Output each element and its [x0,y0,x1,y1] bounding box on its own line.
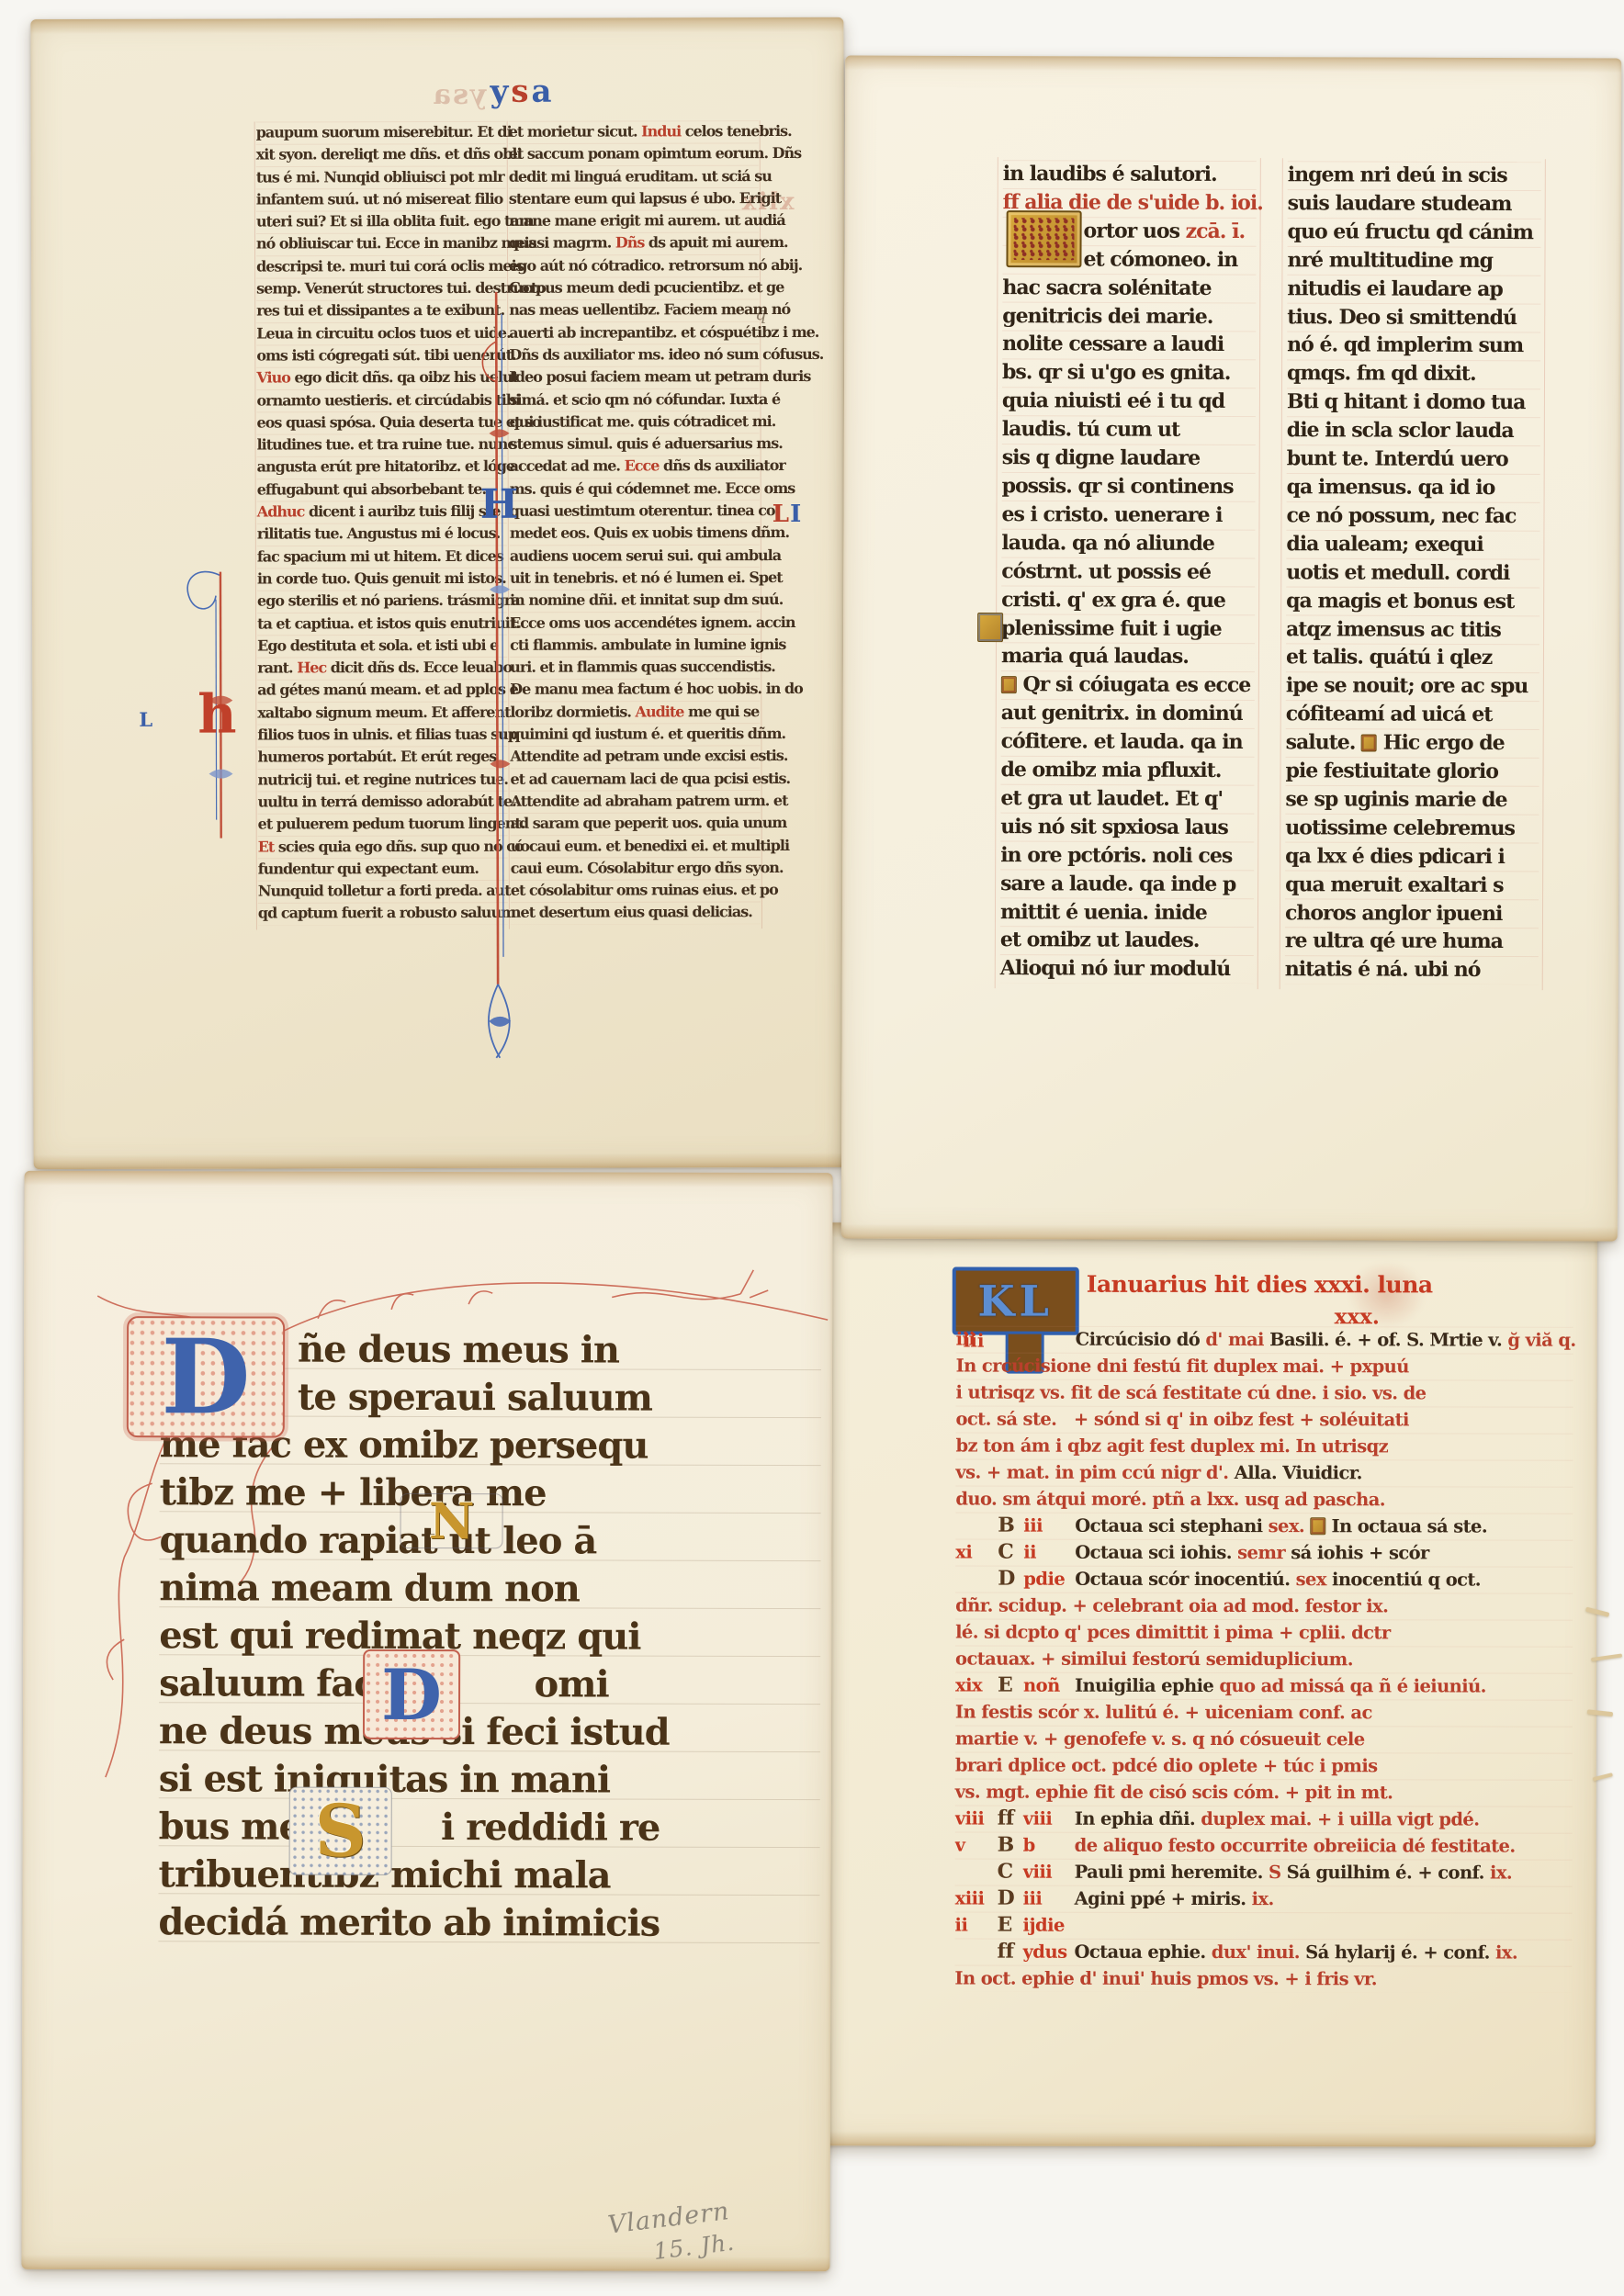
leaf-browned-edge [25,1171,833,1187]
text-segment: d' mai [1205,1329,1269,1350]
text-line: decidá merito ab inimicis [158,1898,819,1948]
text-line: est qui redimat neqz qui [159,1612,820,1661]
text-line: ta et captiua. et istos quis enutriuit. [257,612,507,635]
text-segment: Circúcisio dó [1076,1329,1206,1350]
text-line: nas meas uellentibz. Faciem meam nó [509,298,759,321]
text-segment: Ecce [625,457,660,475]
golden-number-cell: v [955,1832,998,1859]
text-line: in nomine dñi. et innitat sup dm suú. [510,589,760,612]
ruling-line [995,157,998,988]
text-line: uri. et in flammis quas succendistis. [510,656,760,679]
text-segment: vs. + mat. in pim ccú nigr d'. [955,1462,1234,1484]
text-line: et cósolabitur oms ruinas eius. et po [511,879,761,902]
text-line: mittit é uenia. inide [1000,898,1254,928]
ruling-line [1542,159,1546,990]
text-line: ingem nri deú in scis [1288,161,1541,190]
text-line: es i cristo. uenerare i [1001,501,1255,530]
text-segment: ğ viă q. [1507,1330,1575,1351]
text-segment: zcā. ī. [1186,219,1246,243]
text-line: possis. qr si continens [1002,472,1256,501]
text-segment: Hec [297,658,326,676]
frayed-edge-fiber [1587,1709,1613,1716]
text-line: nutricij tui. et regine nutrices tue. [257,768,507,791]
day-label-cell: ijdie [1023,1912,1075,1939]
text-line: bus meis i reddidi re [159,1803,820,1852]
text-line: BiiiOctaua sci stephani sex. In octaua s… [955,1513,1573,1540]
text-line: de omibz mia pfluxit. [1000,756,1254,785]
text-line: quo eú fructu qd cánim [1288,218,1541,247]
text-line: in laudibs é salutori. [1003,160,1257,189]
decorated-initial-h: h [197,688,236,741]
text-segment: I [790,501,802,528]
text-line: suis laudare studeam [1288,189,1541,219]
text-line: qa imensus. qa id io [1287,473,1540,502]
text-line: descripsi te. muri tui corá oclis meis [256,255,506,278]
text-line: vBbde aliquo festo occurrite obreiicia d… [955,1832,1573,1860]
text-line: hac sacra solénitate [1002,274,1256,303]
text-segment: Sá guilhim é. + conf. [1287,1862,1490,1883]
text-line: Bti q hitant i domo tua [1287,388,1540,417]
text-line: martie v. + genofefe v. s. q nó cósueuit… [955,1726,1573,1753]
text-segment: bz ton ám i qbz agit fest duplex mi. In … [955,1435,1388,1458]
text-segment: Inuigilia ephie [1075,1675,1219,1696]
text-line: lé. si dcpto q' pces dimittit i pima + c… [955,1619,1573,1647]
text-segment: te speraui saluum [298,1376,652,1420]
text-segment: Pauli pmi heremite. [1075,1862,1269,1883]
text-segment: et cómoneo. in [1083,247,1237,272]
illuminated-gold-initial-h [1006,210,1081,267]
text-segment: celos tenebris. [681,122,792,140]
text-segment: Adhuc [257,502,305,520]
text-line: xit syon. dereliqt me dñs. et dñs obli [256,143,506,166]
text-line: dedit mi linguá eruditam. ut sciá su [509,165,759,188]
text-line: caui eum. Cósolabitur ergo dñs syon. [511,857,761,880]
text-line: iiEijdie [955,1912,1573,1940]
text-segment: In crcúcisione dni festú fit duplex mai.… [956,1356,1409,1378]
intercolumn-penwork-flourish [470,287,536,1067]
guide-letter: L [139,708,152,731]
text-segment: octauax. + similui festorú semiduplicium… [955,1649,1353,1671]
text-line: in ore pctóris. noli ces [1000,841,1254,871]
text-line: in corde tuo. Quis genuit mi istos. [257,568,507,591]
gold-paraph-mark [1310,1517,1325,1535]
dominical-letter-cell: E [998,1672,1023,1699]
text-segment: quo ad missá qa ñ é ieiuniú. [1219,1675,1486,1697]
text-line: si est iniquitas in mani [159,1755,820,1805]
text-line: ffydusOctaua ephie. dux' inui. Sá hylari… [954,1939,1572,1966]
pencil-inscription: Vlandern 15. Jh. [606,2196,737,2273]
text-line: Attendite ad abraham patrem urm. et [511,790,761,813]
text-segment: quasi magrm. [509,234,615,252]
frayed-edge-fiber [1585,1607,1609,1617]
dominical-letter-cell: E [998,1912,1023,1939]
text-line: dia ualeam; exequi [1286,530,1539,559]
text-line: filios tuos in ulnis. et filias tuas sup [257,724,507,747]
dominical-letter-cell: B [998,1832,1023,1859]
running-header-showthrough: ysa [432,79,487,111]
text-line: viiiffviiiIn ephia dñi. duplex mai. + i … [955,1806,1573,1833]
day-label-cell: pdie [1023,1566,1075,1593]
text-line: quia niuisti eé i tu qd [1002,387,1256,416]
text-segment: ix. [1490,1863,1512,1884]
text-line: ad gétes manú meam. et ad pplos e [257,679,507,702]
text-segment: semr [1237,1542,1291,1563]
text-line: Ego destituta et sola. et isti ubi e [257,635,507,658]
day-label-cell: viii [1023,1859,1075,1885]
text-line: uis nó sit spxiosa laus [1000,813,1254,842]
text-line: choros anglor ipueni [1285,899,1539,929]
illuminated-initial-n-gold: N [400,1493,502,1548]
text-line: quimini qd iustum é. et queritis dñm. [510,723,760,746]
dominical-letter-cell: C [998,1859,1023,1885]
text-segment: Agini ppé + miris. [1075,1888,1252,1909]
text-line: medet eos. Quis ex uobis timens dñm. [510,522,760,545]
ruling-line [1280,158,1283,989]
text-line: eos quasi spósa. Quia deserta tue et so [256,411,506,434]
day-label-cell: viii [1023,1806,1075,1832]
golden-number-cell: viii [955,1806,998,1832]
text-line: loribz dormietis. Audite me qui se [510,701,760,724]
text-line: aut genitrix. in dominú [1001,699,1255,728]
day-label-cell: b [1023,1832,1075,1859]
dominical-letter-cell: B [998,1513,1023,1539]
psalter-leaf: ñe deus meus inte speraui saluumme fac e… [21,1171,832,2271]
text-line: re ultra qé ure huma [1285,928,1539,957]
illuminated-initial-s-gold: S [289,1787,392,1875]
text-line: cófitere. et lauda. qa in [1001,727,1255,757]
text-segment: i utrisqz vs. fit de scá festitate cú dn… [956,1382,1427,1404]
text-line: ms. quis é qui códemnet me. Ecce oms [510,478,760,501]
text-line: In festis scór x. lulitú é. + uiceniam c… [955,1699,1573,1727]
text-segment: duplex mai. [1201,1808,1317,1829]
text-line: uotissime celebremus [1285,814,1539,843]
leaf-browned-edge [841,1224,1618,1242]
text-segment: S [1269,1862,1287,1883]
text-line: nima meam dum non [159,1564,820,1614]
text-line: cristi. q' ex gra é. que [1001,586,1255,615]
text-line: sis q digne laudare [1002,444,1256,473]
text-segment: et morietur sicut. [509,122,642,140]
day-label-cell: ii [1023,1539,1075,1566]
text-line: nitatis é ná. ubi nó [1285,956,1539,985]
text-line: uultu in terrá demisso adorabút te. [258,791,508,814]
text-segment: salute. [1286,730,1362,754]
text-segment: Audite [636,703,684,720]
text-segment: In festis scór x. lulitú é. + uiceniam c… [955,1702,1372,1724]
text-line: tus é mi. Nunqid obliuisci pot mlr [256,165,506,188]
text-line: et ad cauernam laci de qua pcisi estis. [510,768,760,791]
leaf-browned-edge [845,56,1621,73]
text-line: nitudis ei laudare ap [1287,275,1540,304]
decorated-initial-h-blue: H [480,485,519,525]
breviary-leaf: in laudibs é salutori.ff alia die de s'u… [841,56,1621,1242]
text-line: audiens uocem serui sui. qui ambula [510,545,760,568]
text-segment: duo. sm átqui moré. ptñ a lxx. usq ad pa… [955,1489,1385,1511]
golden-number-cell: xi [955,1539,998,1566]
text-segment: oct. sá ste. + sónd si q' in oibz fest +… [955,1409,1408,1431]
text-line: cti flammis. ambulate in lumine ignis [510,634,760,657]
text-segment: ñe deus meus in [298,1328,619,1372]
text-line: qmqs. fm qd dixit. [1287,360,1540,389]
text-segment: sex. [1269,1515,1311,1536]
text-line: bz ton ám i qbz agit fest duplex mi. In … [955,1433,1573,1460]
text-line: nó obliuiscar tui. Ecce in manibz meis [256,232,506,255]
text-line: et saccum ponam opimtum eorum. Dñs [509,142,759,165]
text-segment: Viuo [256,369,290,387]
dominical-letter-cell: ff [997,1939,1022,1965]
text-line: nolite cessare a laudi [1002,331,1256,360]
text-segment: Octaua sci stephani [1075,1515,1268,1536]
golden-number-cell: xix [955,1672,998,1699]
golden-number-cell: iii [956,1326,998,1353]
text-line: Attendite ad petram unde excisi estis. [510,745,760,768]
text-segment: de aliquo festo occurrite obreiicia dé f… [1075,1835,1516,1857]
day-label-cell: iii [1023,1885,1075,1912]
text-line: effugabunt qui absorbebant te. [257,478,507,501]
text-segment: y [491,73,512,110]
day-label-cell: iii [1023,1513,1075,1539]
text-line: net desertum eius quasi delicias. [511,901,761,924]
text-segment: ds apuit mi aurem. [644,233,787,251]
text-line: qa magis et bonus est [1286,587,1539,616]
text-line: stemus simul. quis é aduersarius ms. [510,433,760,456]
dominical-letter-cell: C [998,1539,1023,1566]
text-line: stentare eum qui lapsus é ubo. Erigit [509,187,759,210]
frayed-edge-fiber [1591,1653,1622,1661]
month-heading-lunation: xxx. [1335,1304,1380,1329]
text-line: ornamto uestieris. et circúdabis tibi [256,388,506,411]
text-line: et talis. quátú i qlez [1286,644,1539,673]
text-segment: In oct. ephie d' inui' huis pmos vs. + i… [954,1968,1377,1990]
text-line: xiiiDiiiAgini ppé + miris. ix. [955,1885,1573,1913]
text-segment: Sá hylarij é. + conf. [1305,1941,1495,1963]
text-line: qa lxx é dies pdicari i [1285,842,1539,872]
running-header-ysa: ysa [491,73,555,110]
text-line: uit in tenebris. et nó é lumen ei. Spet [510,567,760,590]
text-line: De manu mea factum é hoc uobis. in do [510,679,760,702]
month-heading: Ianuarius hit dies xxxi. luna [1087,1271,1433,1299]
text-segment: martie v. + genofefe v. s. q nó cósueuit… [955,1728,1365,1750]
text-segment: a [531,73,554,110]
text-line: qua meruit exaltari s [1285,871,1539,900]
text-line: Nunquid tolletur a forti preda. aut [258,880,508,903]
photo-of-manuscript-leaves: { "photo": { "description": "Four mediev… [0,0,1624,2296]
gold-paraph-mark [1001,676,1017,693]
text-line: oct. sá ste. + sónd si q' in oibz fest +… [955,1406,1573,1434]
text-line: iiiCircúcisio dó d' mai Basili. é. + of.… [956,1326,1573,1354]
text-line: auerti ab increpantibz. et cóspuétibz i … [509,321,759,344]
dominical-letter-cell: D [998,1566,1023,1593]
text-line: humeros portabút. Et erút reges [257,746,507,769]
text-column-right: ingem nri deú in scissuis laudare studea… [1285,161,1541,985]
text-line: dñr. scidup. + celebrant oia ad mod. fes… [955,1593,1573,1620]
text-line: duo. sm átqui moré. ptñ a lxx. usq ad pa… [955,1486,1573,1514]
text-column-left: in laudibs é salutori.ff alia die de s'u… [1000,160,1257,984]
text-segment: dux' inui. [1212,1941,1305,1963]
text-column-left: paupum suorum miserebitur. Et dixit syon… [256,121,508,925]
gold-paraph-mark [1361,735,1377,752]
text-line: brari dplice oct. pdcé dio oplete + túc … [955,1752,1573,1780]
text-line: qui iustificat me. quis cótradicet mi. [509,411,759,433]
text-line: ego sterilis et nó pariens. trásmigra [257,590,507,613]
text-line: et gra ut laudet. Et q' [1000,784,1254,814]
text-line: xixEnoñInuigilia ephie quo ad missá qa ñ… [955,1672,1573,1700]
text-segment: dñs ds auxiliator [659,456,784,474]
text-segment: Dñs [615,234,645,252]
text-line: ego aút nó cótradico. retrorsum nó abij. [509,254,759,277]
text-line: xiCiiOctaua sci iohis. semr sá iohis + s… [955,1539,1573,1567]
text-segment: Basili. é. + of. S. Mrtie v. [1269,1329,1507,1350]
text-line: quasi magrm. Dñs ds apuit mi aurem. [509,232,759,255]
leaf-browned-edge [34,1153,847,1169]
text-line: maria quá laudas. [1001,643,1255,672]
text-segment: dñr. scidup. + celebrant oia ad mod. fes… [955,1595,1388,1617]
illuminated-initial-d-blue: D [127,1316,285,1437]
text-line: plenissime fuit i ugie [1001,614,1255,644]
text-line: oms isti cógregati sút. tibi uenerút. [256,344,506,367]
text-line: accedat ad me. Ecce dñs ds auxiliator [510,456,760,478]
text-line: fundentur qui expectant eum. [258,858,508,881]
text-column-right: et morietur sicut. Indui celos tenebris.… [509,120,761,924]
text-line: paupum suorum miserebitur. Et di [256,121,506,144]
gold-paraph-mark [977,613,1003,642]
text-line: rilitatis tue. Angustus mi é locus. [257,523,507,546]
calendar-entries: iiiCircúcisio dó d' mai Basili. é. + of.… [954,1326,1573,1993]
golden-number-cell: ii [955,1912,998,1939]
text-segment: Octaua sci iohis. [1075,1542,1237,1563]
text-segment: Qr si cóiugata es ecce [1017,672,1251,697]
text-line: bs. qr si u'go es gnita. [1002,358,1256,388]
text-segment: Alla. Viuidicr. [1235,1462,1362,1483]
text-line: octauax. + similui festorú semiduplicium… [955,1646,1573,1673]
text-segment: me qui se [683,703,759,720]
ruling-line [1257,158,1261,989]
text-segment: Octaua scór inocentiú. [1075,1569,1295,1590]
text-line: laudis. tú cum ut [1002,415,1256,445]
dominical-letter-cell: ff [998,1806,1023,1832]
text-line: pie festiuitate glorio [1285,757,1539,786]
leaf-browned-edge [817,2131,1596,2146]
text-segment: lé. si dcpto q' pces dimittit i pima + c… [955,1622,1390,1644]
day-label-cell: ydus [1022,1939,1074,1965]
text-segment: In ephia dñi. [1075,1808,1201,1829]
text-segment: + i uilla vigt pdé. [1317,1808,1479,1829]
text-line: genitricis dei marie. [1002,302,1256,332]
text-line: ce nó possum, nec fac [1286,501,1539,531]
text-line: cóstrnt. ut possis eé [1001,557,1255,587]
text-line: In oct. ephie d' inui' huis pmos vs. + i… [954,1965,1572,1993]
text-line: xaltabo signum meum. Et afferent [257,702,507,725]
text-line: Alioqui nó iur modulú [1000,954,1254,984]
text-line: qd captum fuerit a robusto saluum [258,902,508,925]
text-line: Corpus meum dedi pcucientibz. et ge [509,276,759,299]
text-segment: Hic ergo de [1377,731,1505,755]
text-line: Adhuc dicent i auribz tuis filij ste [257,501,507,523]
text-segment: ortor uos [1084,219,1186,242]
text-line: Ideo posui faciem meam ut petram duris [509,366,759,388]
text-line: CviiiPauli pmi heremite. S Sá guilhim é.… [955,1859,1573,1886]
text-line: atqz imensus ac titis [1286,615,1539,645]
text-line: Dñs ds auxiliator ms. ideo nó sum cófusu… [509,343,759,366]
day-label-cell: noñ [1023,1672,1075,1699]
text-line: nré multitudine mg [1287,246,1540,276]
text-line: vs. mgt. ephie fit de cisó scis cóm. + p… [955,1779,1573,1806]
text-line: uotis et medull. cordi [1286,558,1539,588]
dominical-letter-cell: D [998,1885,1023,1912]
text-line: infantem suú. ut nó misereat filio [256,188,506,211]
text-line: et omibz ut laudes. [1000,927,1254,956]
text-line: i utrisqz vs. fit de scá festitate cú dn… [956,1379,1573,1407]
text-segment: Octaua ephie. [1074,1941,1211,1963]
text-line: Viuo ego dicit dñs. qa oibz his uelut [256,366,506,389]
text-line: litudines tue. et tra ruine tue. nunc [257,433,507,456]
illuminated-initial-d-blue-small: D [363,1649,460,1739]
text-line: Qr si cóiugata es ecce [1001,670,1255,700]
text-line: bunt te. Interdú uero [1287,445,1540,474]
text-line: fac spacium mi ut hitem. Et dices [257,545,507,568]
golden-number-cell: xiii [955,1885,998,1912]
text-line: rant. Hec dicit dñs ds. Ecce leuabo [257,657,507,680]
text-line: Leua in circuitu oclos tuos et uide. [256,321,506,344]
text-line: se sp uginis marie de [1285,785,1539,815]
text-line: cófiteamí ad uicá et [1286,700,1539,729]
text-line: uteri sui? Et si illa oblita fuit. ego t… [256,210,506,233]
text-line: tribuentibz michi mala [158,1851,819,1900]
frayed-edge-fiber [1593,1773,1613,1781]
text-line: sare a laude. qa inde p [1000,870,1254,899]
text-line: nó é. qd implerim sum [1287,332,1540,361]
text-segment: sá iohis + scór [1291,1542,1428,1563]
bible-leaf: ysa ysa xlix LI q paupum suorum miserebi… [30,17,846,1169]
text-segment: brari dplice oct. pdcé dio oplete + túc … [955,1755,1378,1777]
text-line: Ecce oms uos accendétes ignem. accin [510,612,760,635]
text-line: ne deus meus si feci istud [159,1707,820,1757]
text-line: saluum faciat. omi [159,1660,820,1709]
text-line: lauda. qa nó aliunde [1001,529,1255,558]
calendar-leaf: KL Ianuarius hit dies xxxi. luna xxx. ii… [817,1222,1597,2146]
text-line: ad saram que peperit uos. quia unum [511,812,761,835]
text-segment: ix. [1252,1888,1274,1909]
text-line: et morietur sicut. Indui celos tenebris. [509,120,759,143]
text-segment: Indui [641,122,681,140]
text-segment: sex [1296,1569,1332,1590]
text-line: In crcúcisione dni festú fit duplex mai.… [956,1353,1573,1380]
text-line: res tui et dissipantes a te exibunt. [256,299,506,322]
text-line: die in scla sclor lauda [1287,416,1540,445]
text-segment: In octaua sá ste. [1325,1515,1487,1536]
text-line: et puluerem pedum tuorum lingent. [258,813,508,836]
text-segment: inocentiú q oct. [1332,1569,1481,1590]
text-segment: vs. mgt. ephie fit de cisó scis cóm. + p… [955,1782,1393,1804]
text-line: tius. Deo si smittendú [1287,303,1540,332]
text-line: simá. et scio qm nó cófundar. Iuxta é [509,388,759,411]
text-line: ipe se nouit; ore ac spu [1286,672,1539,702]
text-segment: ix. [1495,1942,1517,1964]
text-line: Et scies quia ego dñs. sup quo nó có [258,835,508,858]
leaf-browned-edge [30,17,843,34]
text-line: mane mane erigit mi aurem. ut audiá [509,209,759,232]
text-line: semp. Venerút structores tui. destructo [256,277,506,300]
text-line: angusta erút pre hitatoribz. et lóge [257,456,507,478]
text-line: vs. + mat. in pim ccú nigr d'. Alla. Viu… [955,1459,1573,1487]
text-line: salute. Hic ergo de [1286,728,1539,758]
text-line: DpdieOctaua scór inocentiú. sex inocenti… [955,1566,1573,1593]
text-line: quasi uestimtum oterentur. tinea co [510,500,760,523]
text-segment: s [511,73,531,110]
text-line: uocaui eum. et benedixi ei. et multipli [511,835,761,858]
